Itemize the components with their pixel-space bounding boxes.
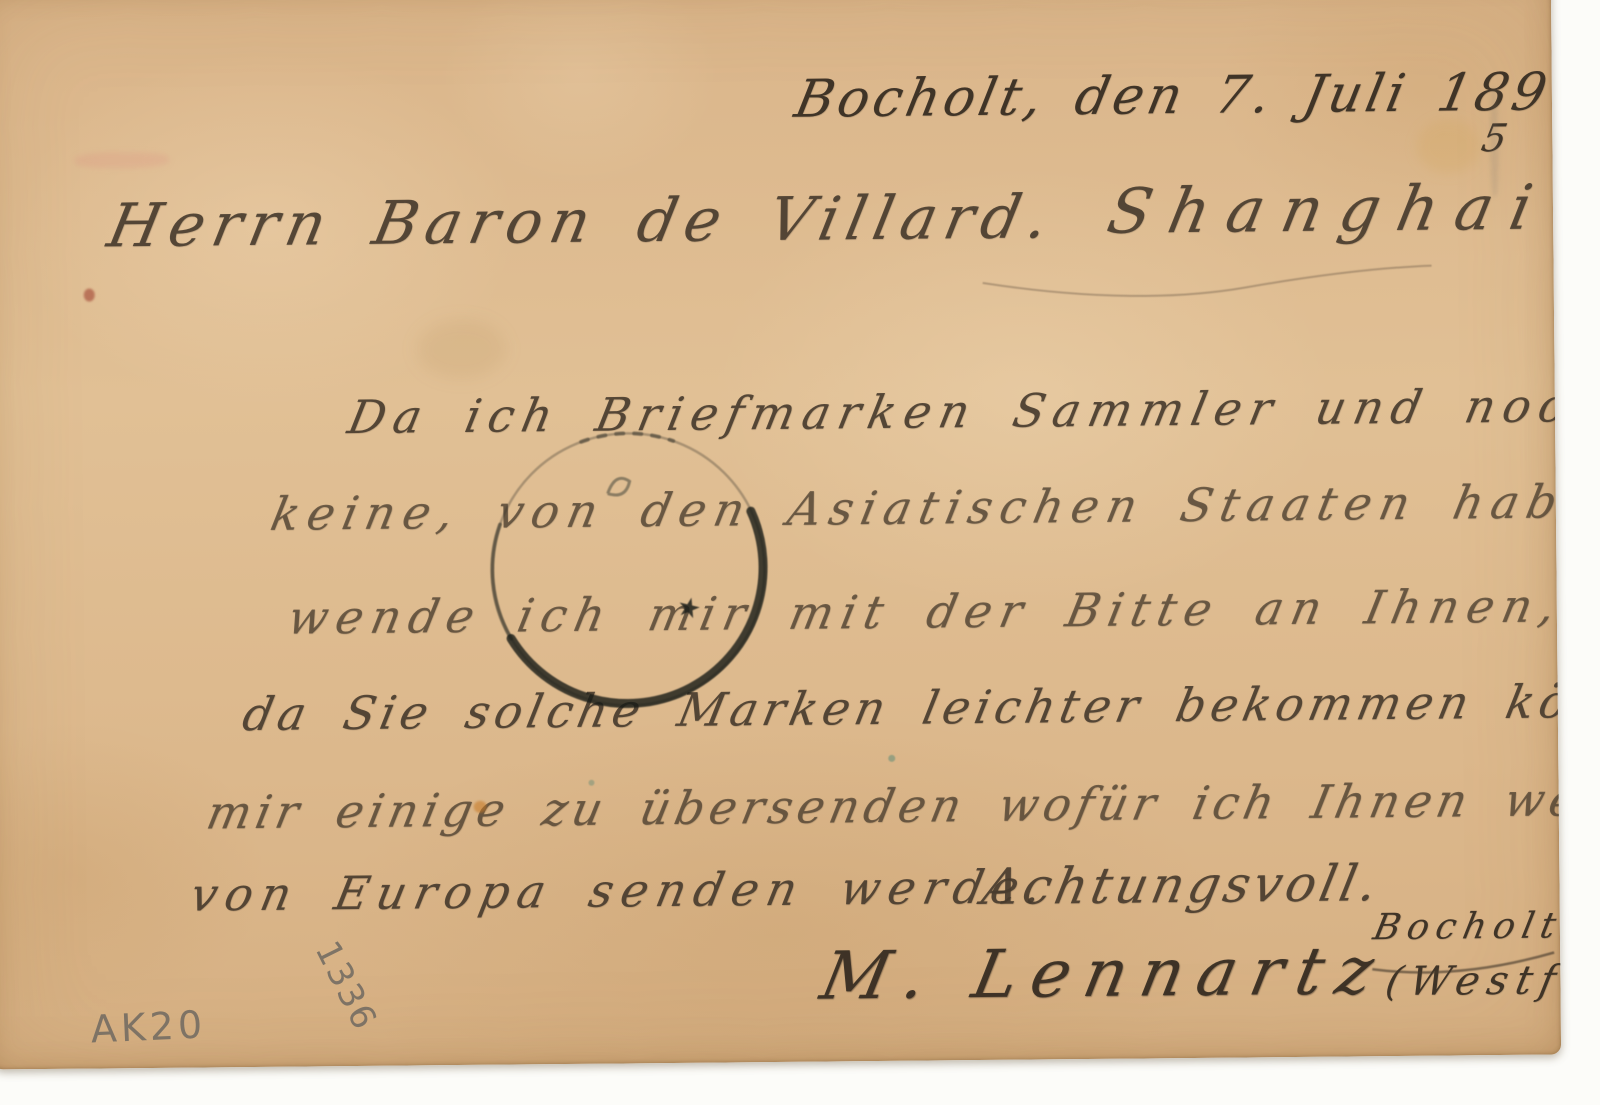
dateline: Bocholt, den 7. Juli 189 [791, 66, 1555, 125]
city-underline-flourish [983, 266, 1432, 298]
pencil-catalog-mark: AK20 [90, 1005, 207, 1048]
body-line: mir einige zu übersenden wofür ich Ihnen… [203, 775, 1561, 835]
body-line: wende ich mir mit der Bitte an Ihnen, [284, 582, 1561, 640]
closing: Achtungsvoll. [978, 858, 1385, 912]
pencil-inventory-number: 1336 [310, 936, 383, 1036]
stain [416, 319, 507, 380]
stain [74, 152, 169, 169]
scanned-postcard-page: { "scan": { "background_color": "#fcfcf9… [0, 0, 1600, 1105]
body-line: da Sie solche Marken leichter bekommen k… [239, 677, 1561, 737]
corner-pencil-tick: ˇ [1315, 0, 1327, 7]
sender-place-line1: Bocholt [1370, 908, 1561, 946]
dateline-year-digit: 5 [1478, 119, 1510, 157]
body-line: von Europa senden werde. [187, 863, 1054, 917]
body-line: Da ich Briefmarken Sammler und noch [344, 382, 1561, 440]
address-recipient: Herrn Baron de Villard. [103, 187, 1061, 256]
address-city: Shanghai [1103, 176, 1555, 242]
postcard: Bocholt, den 7. Juli 189 5 Herrn Baron d… [0, 0, 1561, 1070]
body-line: keine, von den Asiatischen Staaten habe [267, 478, 1561, 537]
postmark-ring-faint [491, 432, 766, 707]
sender-place-line2: (Westf. [1382, 960, 1561, 1002]
stain [888, 755, 895, 762]
stain [84, 288, 95, 301]
signature: M. Lennartz [816, 938, 1393, 1010]
stain [1416, 119, 1481, 174]
